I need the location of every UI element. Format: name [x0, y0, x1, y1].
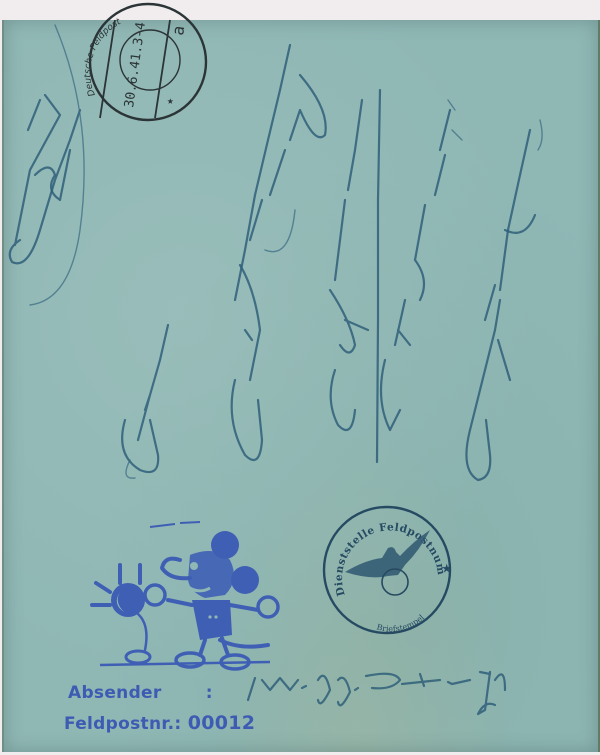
sender-label-colon: :: [206, 683, 213, 703]
feldpost-number: 00012: [188, 712, 256, 734]
sender-label-text: Absender: [68, 683, 162, 703]
sender-label: Absender :: [68, 683, 213, 703]
feldpost-number-label: Feldpostnr.: 00012: [64, 712, 255, 734]
feldpost-number-prefix: Feldpostnr.:: [64, 714, 181, 734]
bomb-icon: [92, 565, 150, 663]
